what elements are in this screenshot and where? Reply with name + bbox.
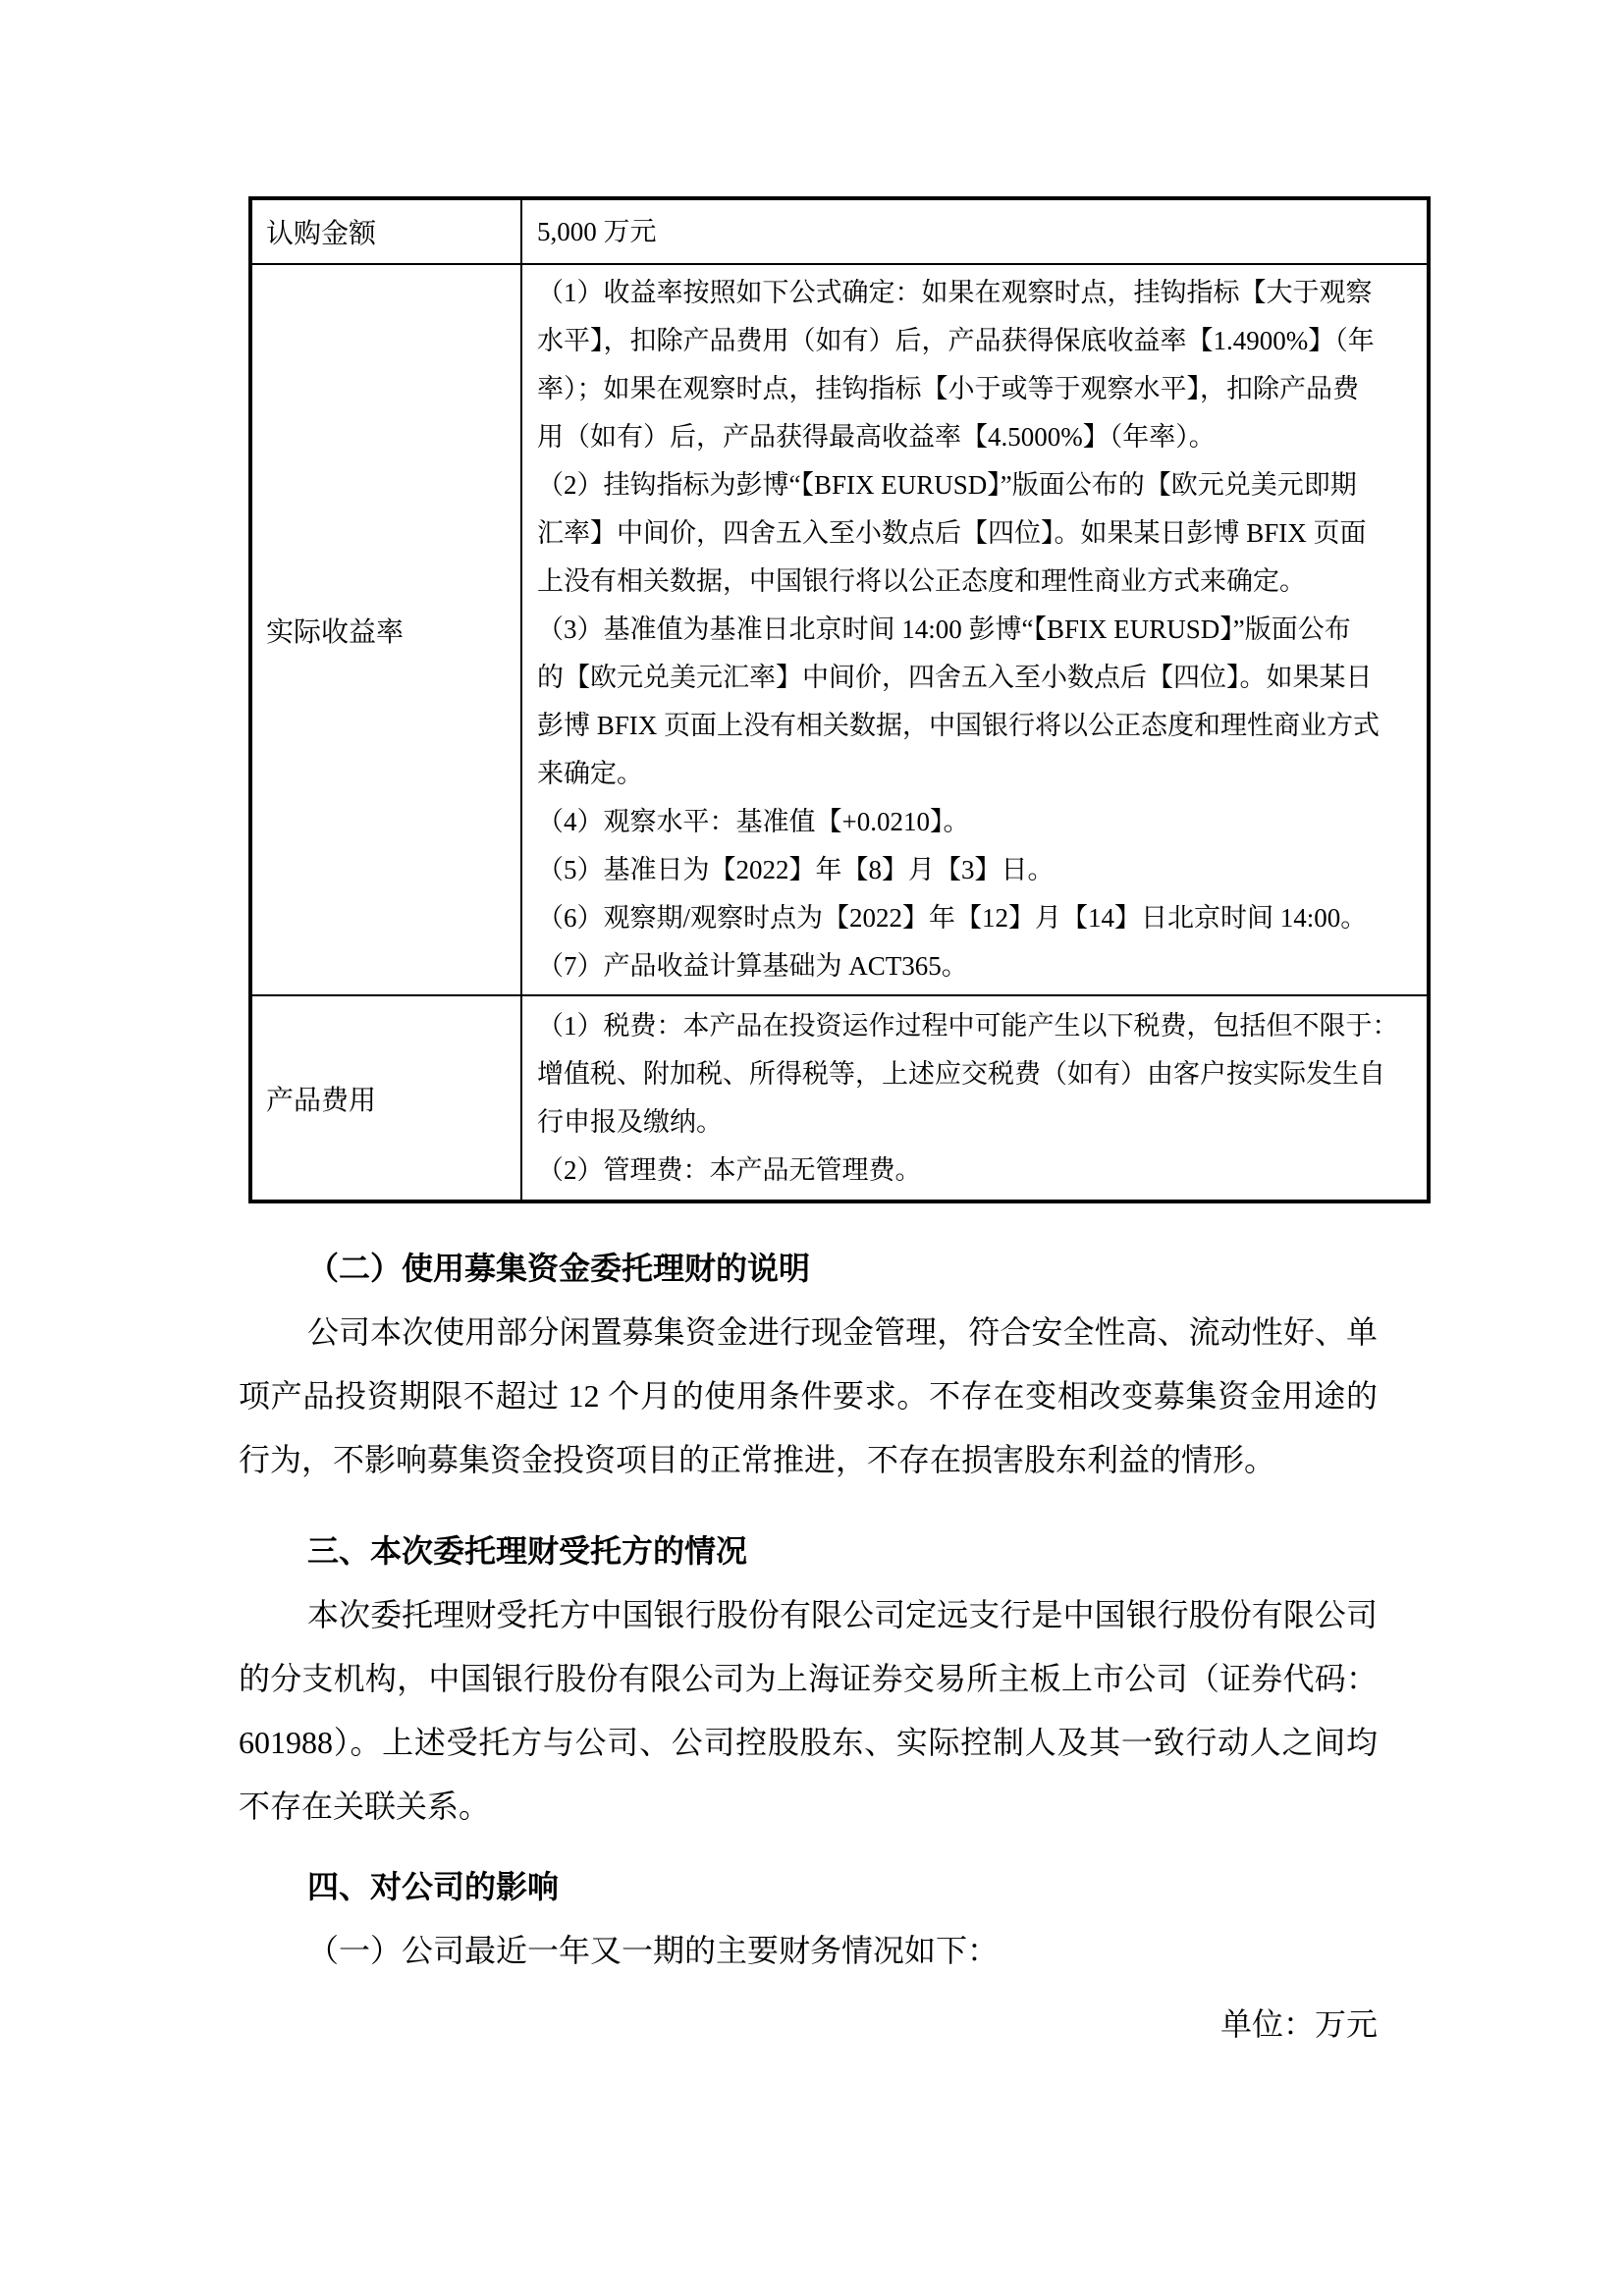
- heading-use-of-funds: （二）使用募集资金委托理财的说明: [239, 1237, 1378, 1301]
- paragraph-financials-intro: （一）公司最近一年又一期的主要财务情况如下：: [239, 1919, 1378, 1983]
- unit-note: 单位：万元: [239, 1993, 1378, 2056]
- row-label-actual-yield: 实际收益率: [250, 264, 521, 995]
- row-value-actual-yield: （1）收益率按照如下公式确定：如果在观察时点，挂钩指标【大于观察 水平】，扣除产…: [521, 264, 1429, 995]
- table-row: 产品费用 （1）税费：本产品在投资运作过程中可能产生以下税费，包括但不限于： 增…: [250, 995, 1429, 1201]
- heading-trustee-info: 三、本次委托理财受托方的情况: [239, 1520, 1378, 1583]
- table-row: 认购金额 5,000 万元: [250, 198, 1429, 264]
- paragraph-trustee-info: 本次委托理财受托方中国银行股份有限公司定远支行是中国银行股份有限公司的分支机构，…: [239, 1583, 1378, 1839]
- heading-impact-on-company: 四、对公司的影响: [239, 1855, 1378, 1919]
- row-label-subscription-amount: 认购金额: [250, 198, 521, 264]
- table-row: 实际收益率 （1）收益率按照如下公式确定：如果在观察时点，挂钩指标【大于观察 水…: [250, 264, 1429, 995]
- product-info-table: 认购金额 5,000 万元 实际收益率 （1）收益率按照如下公式确定：如果在观察…: [248, 196, 1431, 1203]
- row-label-product-fees: 产品费用: [250, 995, 521, 1201]
- row-value-subscription-amount: 5,000 万元: [521, 198, 1429, 264]
- row-value-product-fees: （1）税费：本产品在投资运作过程中可能产生以下税费，包括但不限于： 增值税、附加…: [521, 995, 1429, 1201]
- document-content: 认购金额 5,000 万元 实际收益率 （1）收益率按照如下公式确定：如果在观察…: [239, 196, 1378, 2056]
- paragraph-use-of-funds: 公司本次使用部分闲置募集资金进行现金管理，符合安全性高、流动性好、单项产品投资期…: [239, 1301, 1378, 1492]
- document-page: 认购金额 5,000 万元 实际收益率 （1）收益率按照如下公式确定：如果在观察…: [0, 0, 1624, 2296]
